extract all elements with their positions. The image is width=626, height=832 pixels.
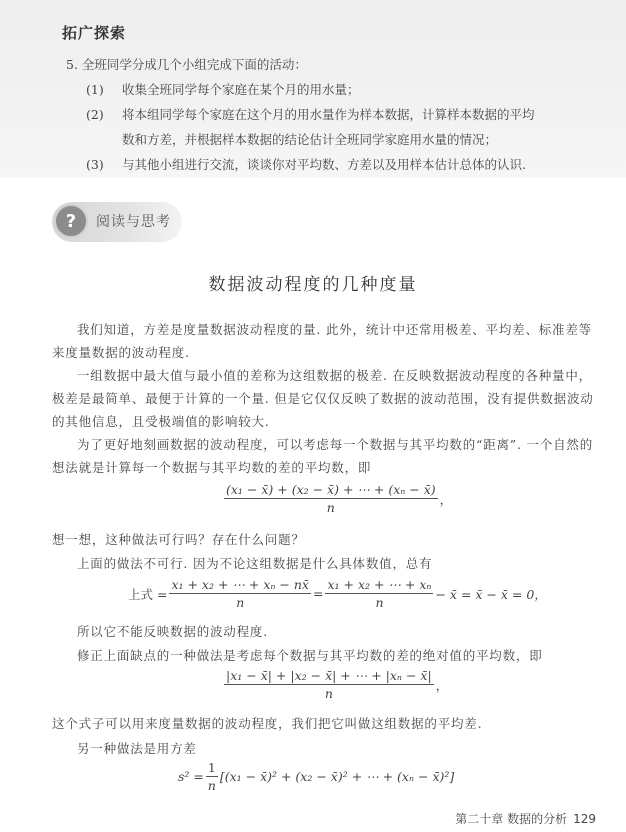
denominator: n	[208, 777, 216, 793]
exercise-item-2-continuation: 数和方差，并根据样本数据的结论估计全班同学家庭用水量的情况；	[66, 127, 606, 152]
formula-absolute-mean: |x₁ − x̄| + |x₂ − x̄| + ⋯ + |xₙ − x̄| n …	[222, 668, 448, 701]
section-heading: 拓广探索	[62, 22, 126, 43]
numerator: 1	[206, 760, 218, 777]
fraction: 1 n	[206, 760, 218, 793]
fraction-1: x₁ + x₂ + ⋯ + xₙ − nx̄ n	[169, 577, 311, 610]
paragraph-conclusion: 所以它不能反映数据的波动程度.	[52, 620, 604, 643]
denominator: n	[325, 685, 333, 701]
item-number: (2)	[86, 102, 122, 127]
tail: − x̄ = x̄ − x̄ = 0，	[435, 585, 546, 603]
variance-body: [(x₁ − x̄)² + (x₂ − x̄)² + ⋯ + (xₙ − x̄)…	[220, 769, 454, 784]
page-footer: 第二十章 数据的分析129	[455, 810, 596, 827]
fraction: |x₁ − x̄| + |x₂ − x̄| + ⋯ + |xₙ − x̄| n	[224, 668, 434, 701]
denominator: n	[236, 594, 244, 610]
paragraph-not-feasible: 上面的做法不可行. 因为不论这组数据是什么具体数值，总有	[52, 552, 604, 575]
item-text: 收集全班同学每个家庭在某个月的用水量；	[122, 82, 360, 97]
fraction-2: x₁ + x₂ + ⋯ + xₙ n	[325, 577, 433, 610]
numerator: (x₁ − x̄) + (x₂ − x̄) + ⋯ + (xₙ − x̄)	[224, 482, 438, 499]
paragraph-fix: 修正上面缺点的一种做法是考虑每个数据与其平均数的差的绝对值的平均数，即	[52, 644, 604, 667]
paragraph-mean-deviation: 这个式子可以用来度量数据的波动程度，我们把它叫做这组数据的平均差.	[52, 712, 604, 735]
numerator: |x₁ − x̄| + |x₂ − x̄| + ⋯ + |xₙ − x̄|	[224, 668, 434, 685]
paragraph-distance: 为了更好地刻画数据的波动程度，可以考虑每一个数据与其平均数的“距离”. 一个自然…	[52, 433, 604, 479]
reading-badge-label: 阅读与思考	[96, 211, 171, 231]
denominator: n	[375, 594, 383, 610]
formula-derivation: 上式 = x₁ + x₂ + ⋯ + xₙ − nx̄ n = x₁ + x₂ …	[128, 577, 547, 610]
question-book-icon: ?	[54, 204, 88, 238]
exercise-5: 5. 全班同学分成几个小组完成下面的活动： (1)收集全班同学每个家庭在某个月的…	[66, 52, 606, 177]
chapter-title: 第二十章 数据的分析	[455, 812, 567, 826]
punctuation: ，	[436, 676, 449, 694]
equals: =	[313, 586, 323, 601]
formula-variance: s² = 1 n [(x₁ − x̄)² + (x₂ − x̄)² + ⋯ + …	[178, 760, 454, 793]
paragraph-think: 想一想，这种做法可行吗？存在什么问题？	[52, 528, 604, 551]
item-text: 与其他小组进行交流，谈谈你对平均数、方差以及用样本估计总体的认识.	[122, 157, 526, 172]
formula-mean-difference: (x₁ − x̄) + (x₂ − x̄) + ⋯ + (xₙ − x̄) n …	[222, 482, 452, 515]
denominator: n	[327, 499, 335, 515]
item-number: (3)	[86, 152, 122, 177]
exercise-item-3: (3)与其他小组进行交流，谈谈你对平均数、方差以及用样本估计总体的认识.	[66, 152, 606, 177]
lhs: 上式 =	[128, 585, 167, 603]
numerator: x₁ + x₂ + ⋯ + xₙ − nx̄	[169, 577, 311, 594]
item-number: (1)	[86, 77, 122, 102]
item-text: 将本组同学每个家庭在这个月的用水量作为样本数据，计算样本数据的平均	[122, 107, 535, 122]
lhs: s² =	[178, 769, 204, 784]
exercise-item-2: (2)将本组同学每个家庭在这个月的用水量作为样本数据，计算样本数据的平均	[66, 102, 606, 127]
exercise-intro: 5. 全班同学分成几个小组完成下面的活动：	[66, 52, 606, 77]
paragraph-variance: 另一种做法是用方差	[52, 737, 604, 760]
paragraph-intro: 我们知道，方差是度量数据波动程度的量. 此外，统计中还常用极差、平均差、标准差等…	[52, 318, 604, 364]
fraction: (x₁ − x̄) + (x₂ − x̄) + ⋯ + (xₙ − x̄) n	[224, 482, 438, 515]
page-number: 129	[573, 812, 596, 826]
exercise-item-1: (1)收集全班同学每个家庭在某个月的用水量；	[66, 77, 606, 102]
numerator: x₁ + x₂ + ⋯ + xₙ	[325, 577, 433, 594]
punctuation: ，	[440, 490, 453, 508]
paragraph-range: 一组数据中最大值与最小值的差称为这组数据的极差. 在反映数据波动程度的各种量中，…	[52, 364, 604, 433]
article-title: 数据波动程度的几种度量	[0, 270, 626, 295]
